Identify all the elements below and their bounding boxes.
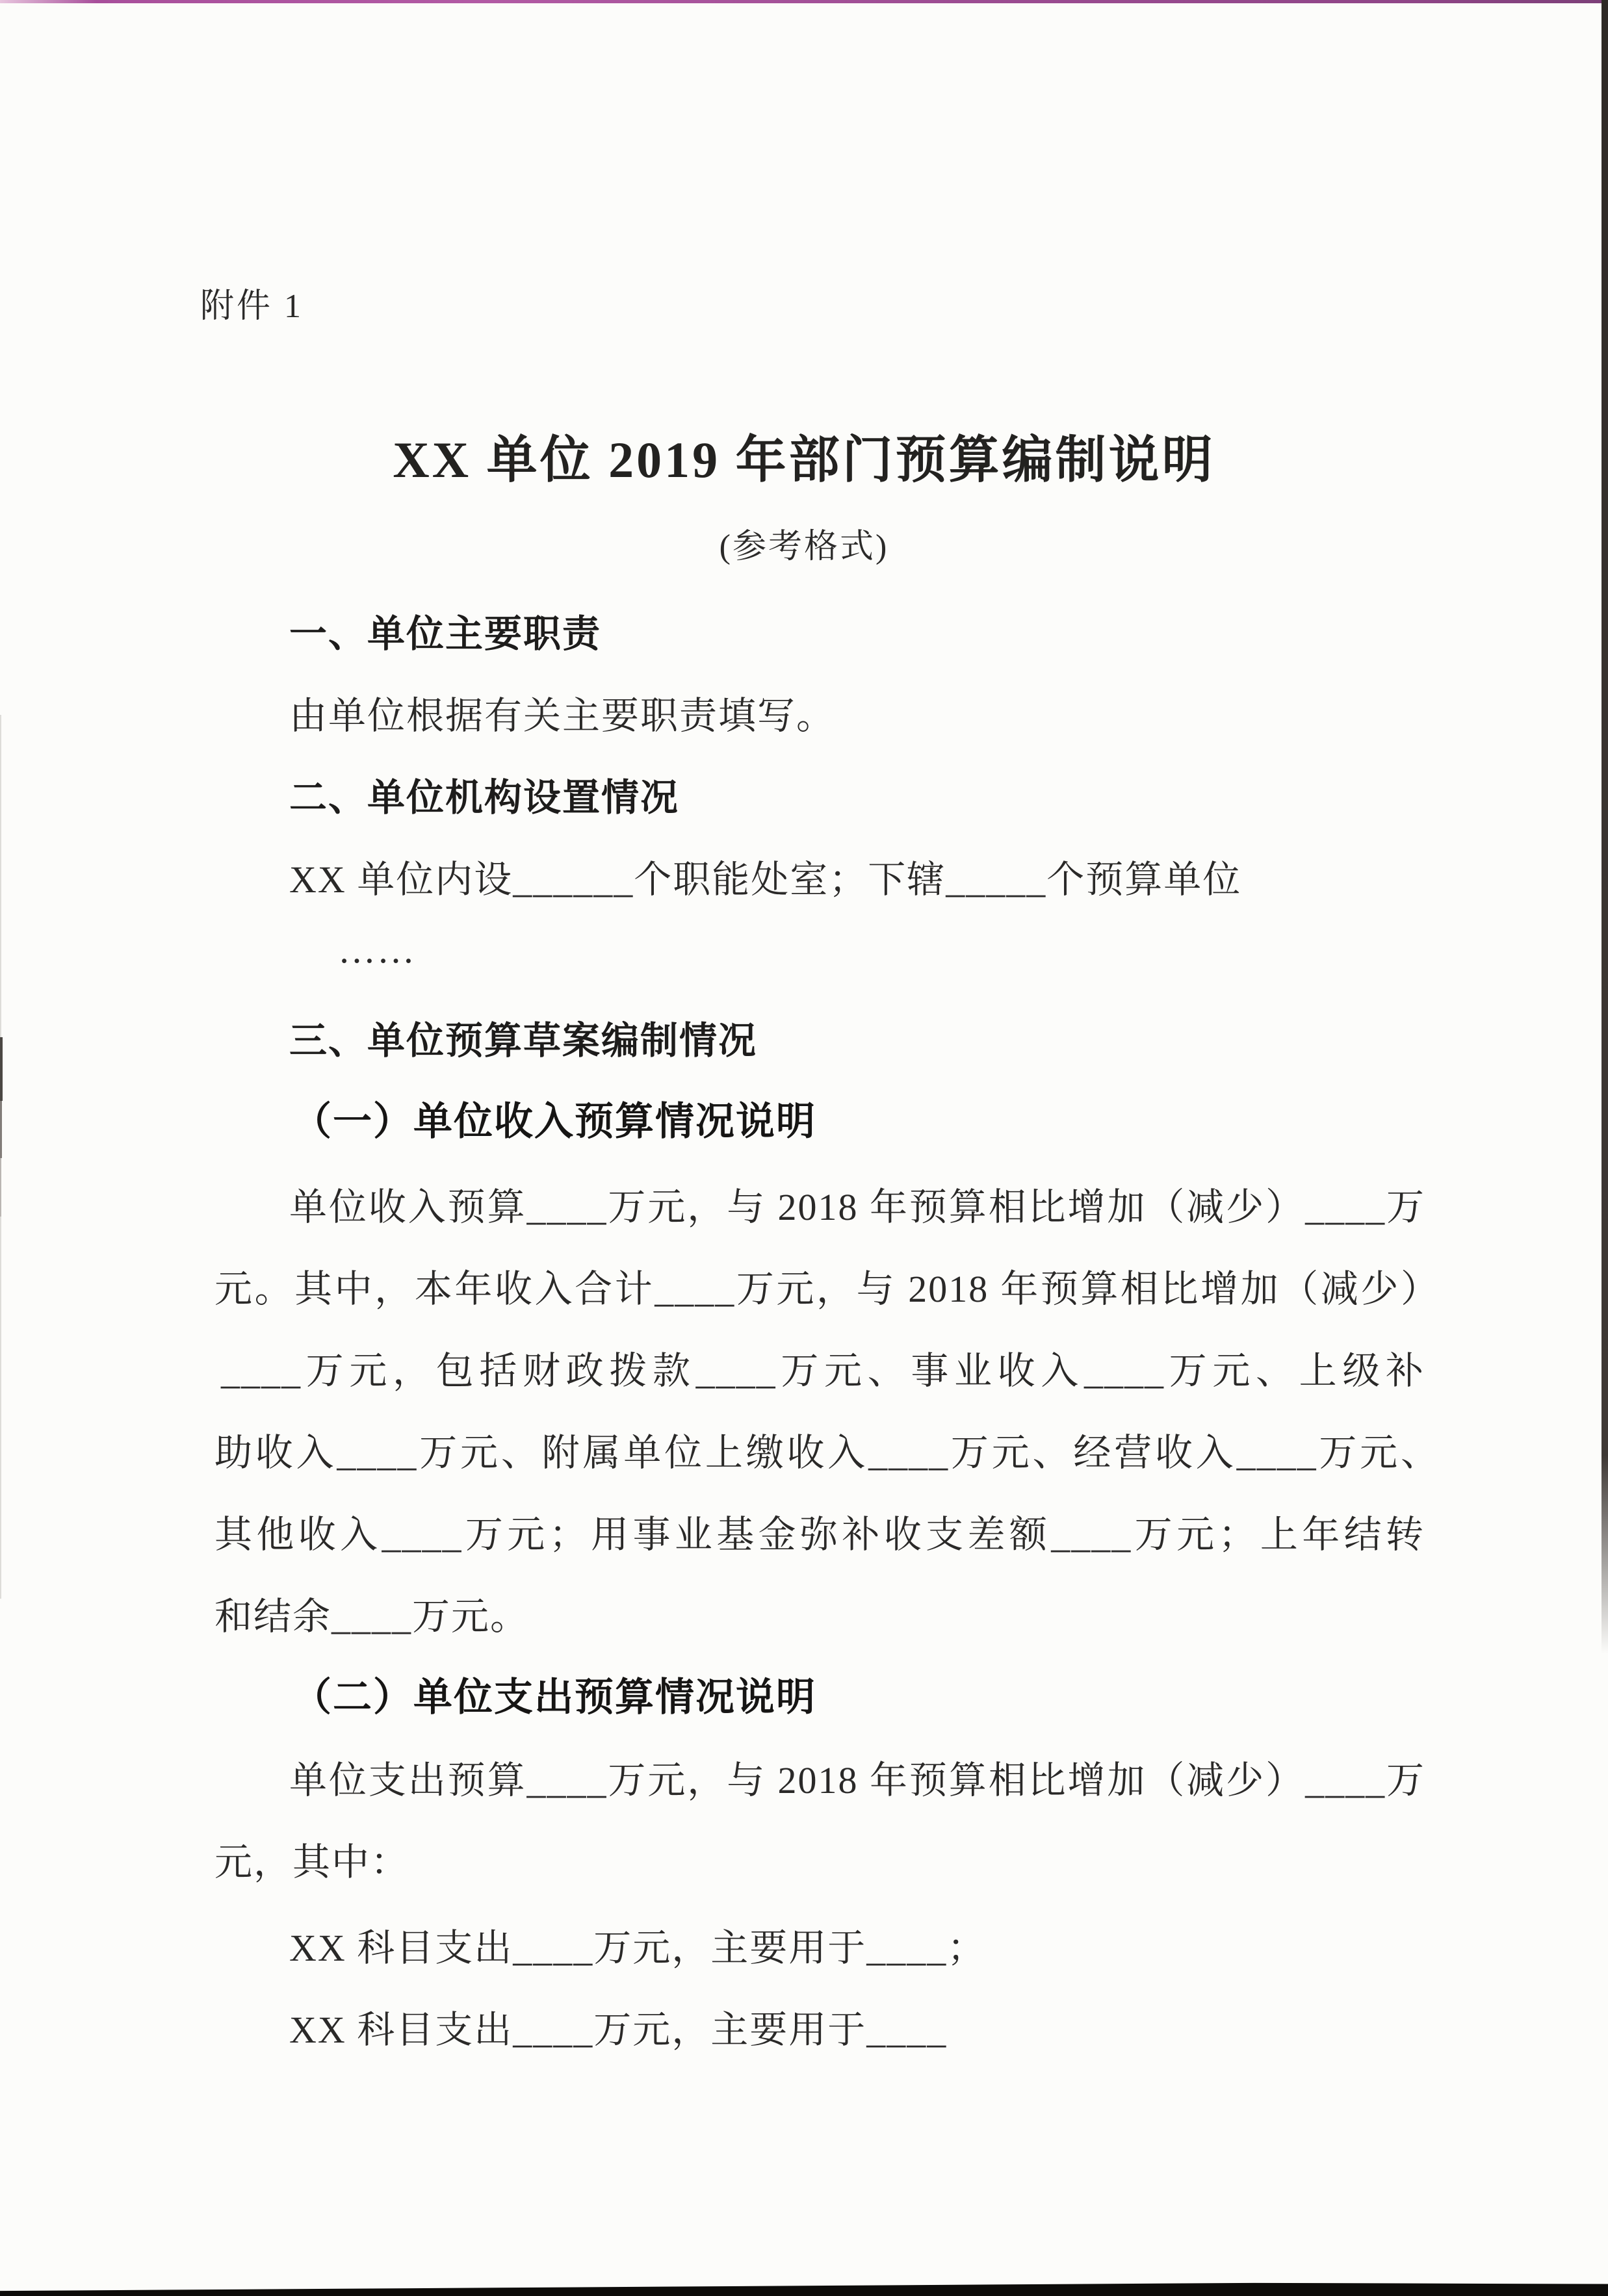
body-line-subject-1: XX 科目支出____万元，主要用于____； [289,1917,986,1972]
scan-mark-left-dark-3 [0,1158,1,1217]
scan-edge-right [1602,0,1608,1654]
section-heading-1: 一、单位主要职责 [289,603,601,658]
subsection-heading-expense: （二）单位支出预算情况说明 [292,1666,816,1722]
subsection-heading-income: （一）单位收入预算情况说明 [292,1090,816,1146]
scanned-document-page: 附件 1 XX 单位 2019 年部门预算编制说明 (参考格式) 一、单位主要职… [0,0,1608,2296]
document-title: XX 单位 2019 年部门预算编制说明 [0,419,1608,492]
body-line-income-6: 和结余____万元。 [214,1586,529,1640]
section-heading-3: 三、单位预算草案编制情况 [289,1010,757,1064]
section-heading-2: 二、单位机构设置情况 [289,767,679,821]
body-line-ellipsis: …… [338,928,416,972]
attachment-label: 附件 1 [200,278,304,327]
body-line-income-2: 元。其中，本年收入合计____万元，与 2018 年预算相比增加（减少） [214,1258,1440,1313]
body-line-income-1: 单位收入预算____万元，与 2018 年预算相比增加（减少）____万 [289,1176,1425,1231]
scan-mark-left-dark-1 [0,1037,3,1101]
body-line-duties: 由单位根据有关主要职责填写。 [289,685,835,740]
body-line-org-setup: XX 单位内设______个职能处室；下辖_____个预算单位 [289,849,1241,903]
body-line-income-3: ____万元，包括财政拨款____万元、事业收入____万元、上级补 [221,1340,1425,1395]
scan-mark-left-dark-2 [0,1101,2,1158]
scan-edge-bottom [0,2278,1608,2296]
body-line-expense-2: 元，其中： [214,1831,409,1886]
body-line-income-5: 其他收入____万元；用事业基金弥补收支差额____万元；上年结转 [214,1504,1425,1558]
body-line-expense-1: 单位支出预算____万元，与 2018 年预算相比增加（减少）____万 [289,1749,1425,1804]
document-subtitle: (参考格式) [0,519,1608,567]
scan-edge-top [0,0,1608,3]
body-line-subject-2: XX 科目支出____万元，主要用于____ [289,1999,947,2054]
body-line-income-4: 助收入____万元、附属单位上缴收入____万元、经营收入____万元、 [214,1422,1440,1477]
